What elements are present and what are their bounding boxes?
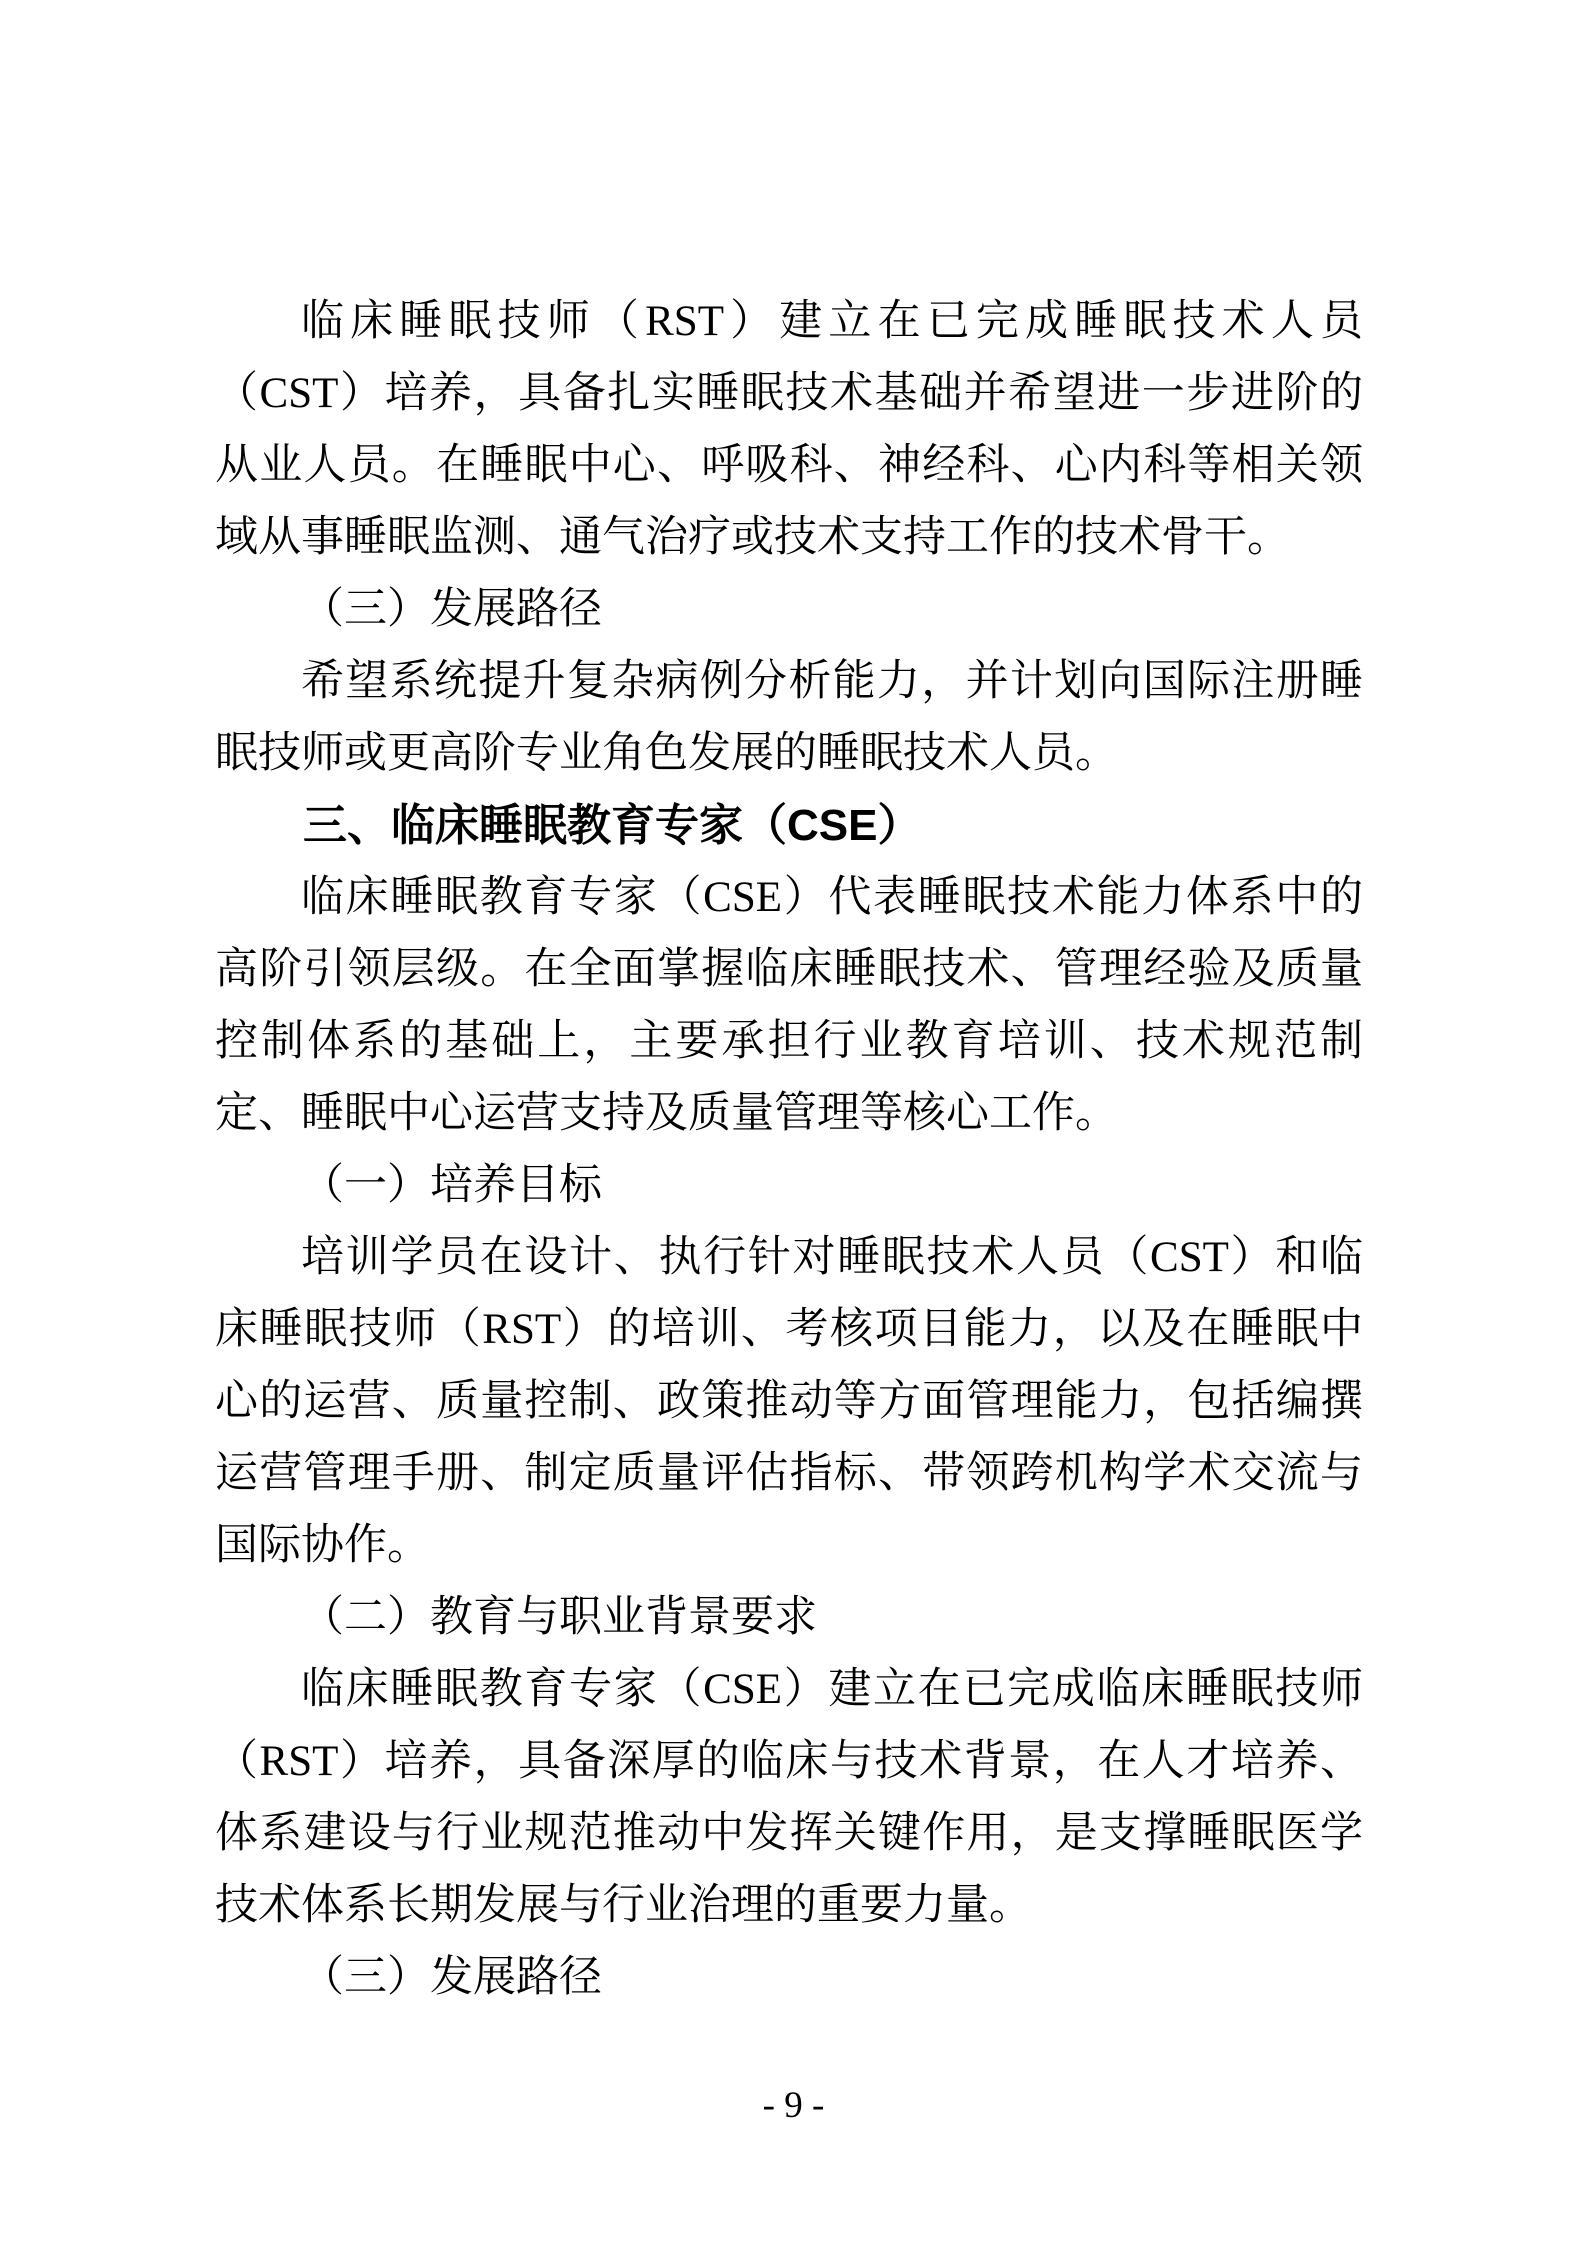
paragraph-rst-background-requirements: 临床睡眠技师（RST）建立在已完成睡眠技术人员（CST）培养，具备扎实睡眠技术基… <box>215 286 1363 574</box>
paragraph-rst-development-path: 希望系统提升复杂病例分析能力，并计划向国际注册睡眠技师或更高阶专业角色发展的睡眠… <box>215 646 1363 790</box>
paragraph-cse-training-goal: 培训学员在设计、执行针对睡眠技术人员（CST）和临床睡眠技师（RST）的培训、考… <box>215 1222 1363 1582</box>
heading-rst-development-path: （三）发展路径 <box>215 574 1363 646</box>
heading-cse-development-path: （三）发展路径 <box>215 1942 1363 2014</box>
heading-section-three-cse: 三、临床睡眠教育专家（CSE） <box>215 790 1363 862</box>
paragraph-cse-education-background: 临床睡眠教育专家（CSE）建立在已完成临床睡眠技师（RST）培养，具备深厚的临床… <box>215 1654 1363 1942</box>
paragraph-cse-introduction: 临床睡眠教育专家（CSE）代表睡眠技术能力体系中的高阶引领层级。在全面掌握临床睡… <box>215 862 1363 1150</box>
page-number: - 9 - <box>0 2082 1587 2130</box>
document-page: 临床睡眠技师（RST）建立在已完成睡眠技术人员（CST）培养，具备扎实睡眠技术基… <box>0 0 1587 2245</box>
heading-cse-training-goal: （一）培养目标 <box>215 1150 1363 1222</box>
heading-cse-education-background: （二）教育与职业背景要求 <box>215 1582 1363 1654</box>
document-text-block: 临床睡眠技师（RST）建立在已完成睡眠技术人员（CST）培养，具备扎实睡眠技术基… <box>215 286 1363 2014</box>
